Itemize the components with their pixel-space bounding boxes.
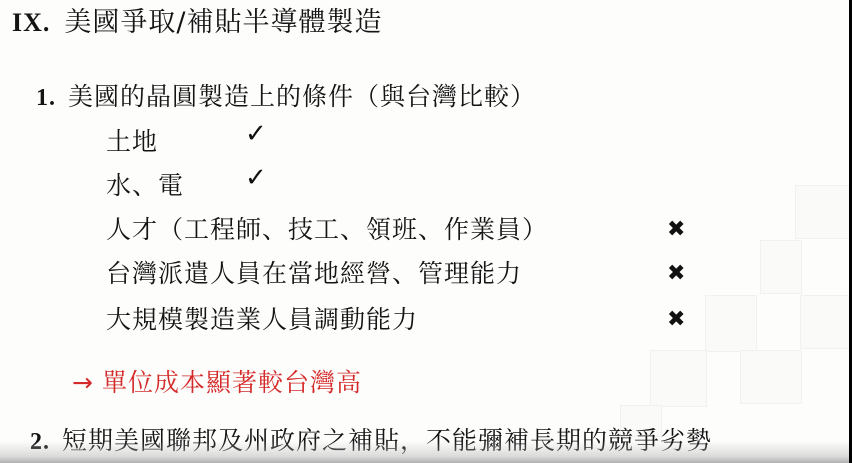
check-icon: ✓ xyxy=(245,161,267,195)
point-1-text: 美國的晶圓製造上的條件（與台灣比較） xyxy=(68,82,536,111)
background-tile xyxy=(705,295,757,352)
slide: IX.美國爭取/補貼半導體製造 1.美國的晶圓製造上的條件（與台灣比較） 土地 … xyxy=(0,0,849,463)
cross-icon: ✖ xyxy=(667,213,685,247)
background-tile xyxy=(650,350,707,407)
background-tile xyxy=(760,240,802,294)
background-tile xyxy=(800,295,849,349)
condition-land: 土地 xyxy=(106,125,158,159)
condition-management: 台灣派遣人員在當地經營、管理能力 xyxy=(106,257,522,291)
heading-number: IX. xyxy=(12,8,50,37)
condition-mobilization: 大規模製造業人員調動能力 xyxy=(106,303,418,337)
cross-icon: ✖ xyxy=(667,257,685,291)
background-tile xyxy=(795,185,849,239)
conclusion-text: 單位成本顯著較台灣高 xyxy=(102,368,362,397)
cross-icon: ✖ xyxy=(667,303,685,337)
background-tile xyxy=(740,350,802,404)
condition-talent: 人才（工程師、技工、領班、作業員） xyxy=(106,213,548,247)
slide-heading: IX.美國爭取/補貼半導體製造 xyxy=(12,5,383,41)
bottom-shadow xyxy=(0,441,849,463)
heading-title: 美國爭取/補貼半導體製造 xyxy=(64,7,382,38)
check-icon: ✓ xyxy=(245,117,267,151)
point-1: 1.美國的晶圓製造上的條件（與台灣比較） xyxy=(36,80,536,115)
condition-water-power: 水、電 xyxy=(106,169,184,203)
conclusion: →單位成本顯著較台灣高 xyxy=(72,366,362,400)
arrow-right-icon: → xyxy=(72,368,94,397)
point-1-number: 1. xyxy=(36,85,56,111)
